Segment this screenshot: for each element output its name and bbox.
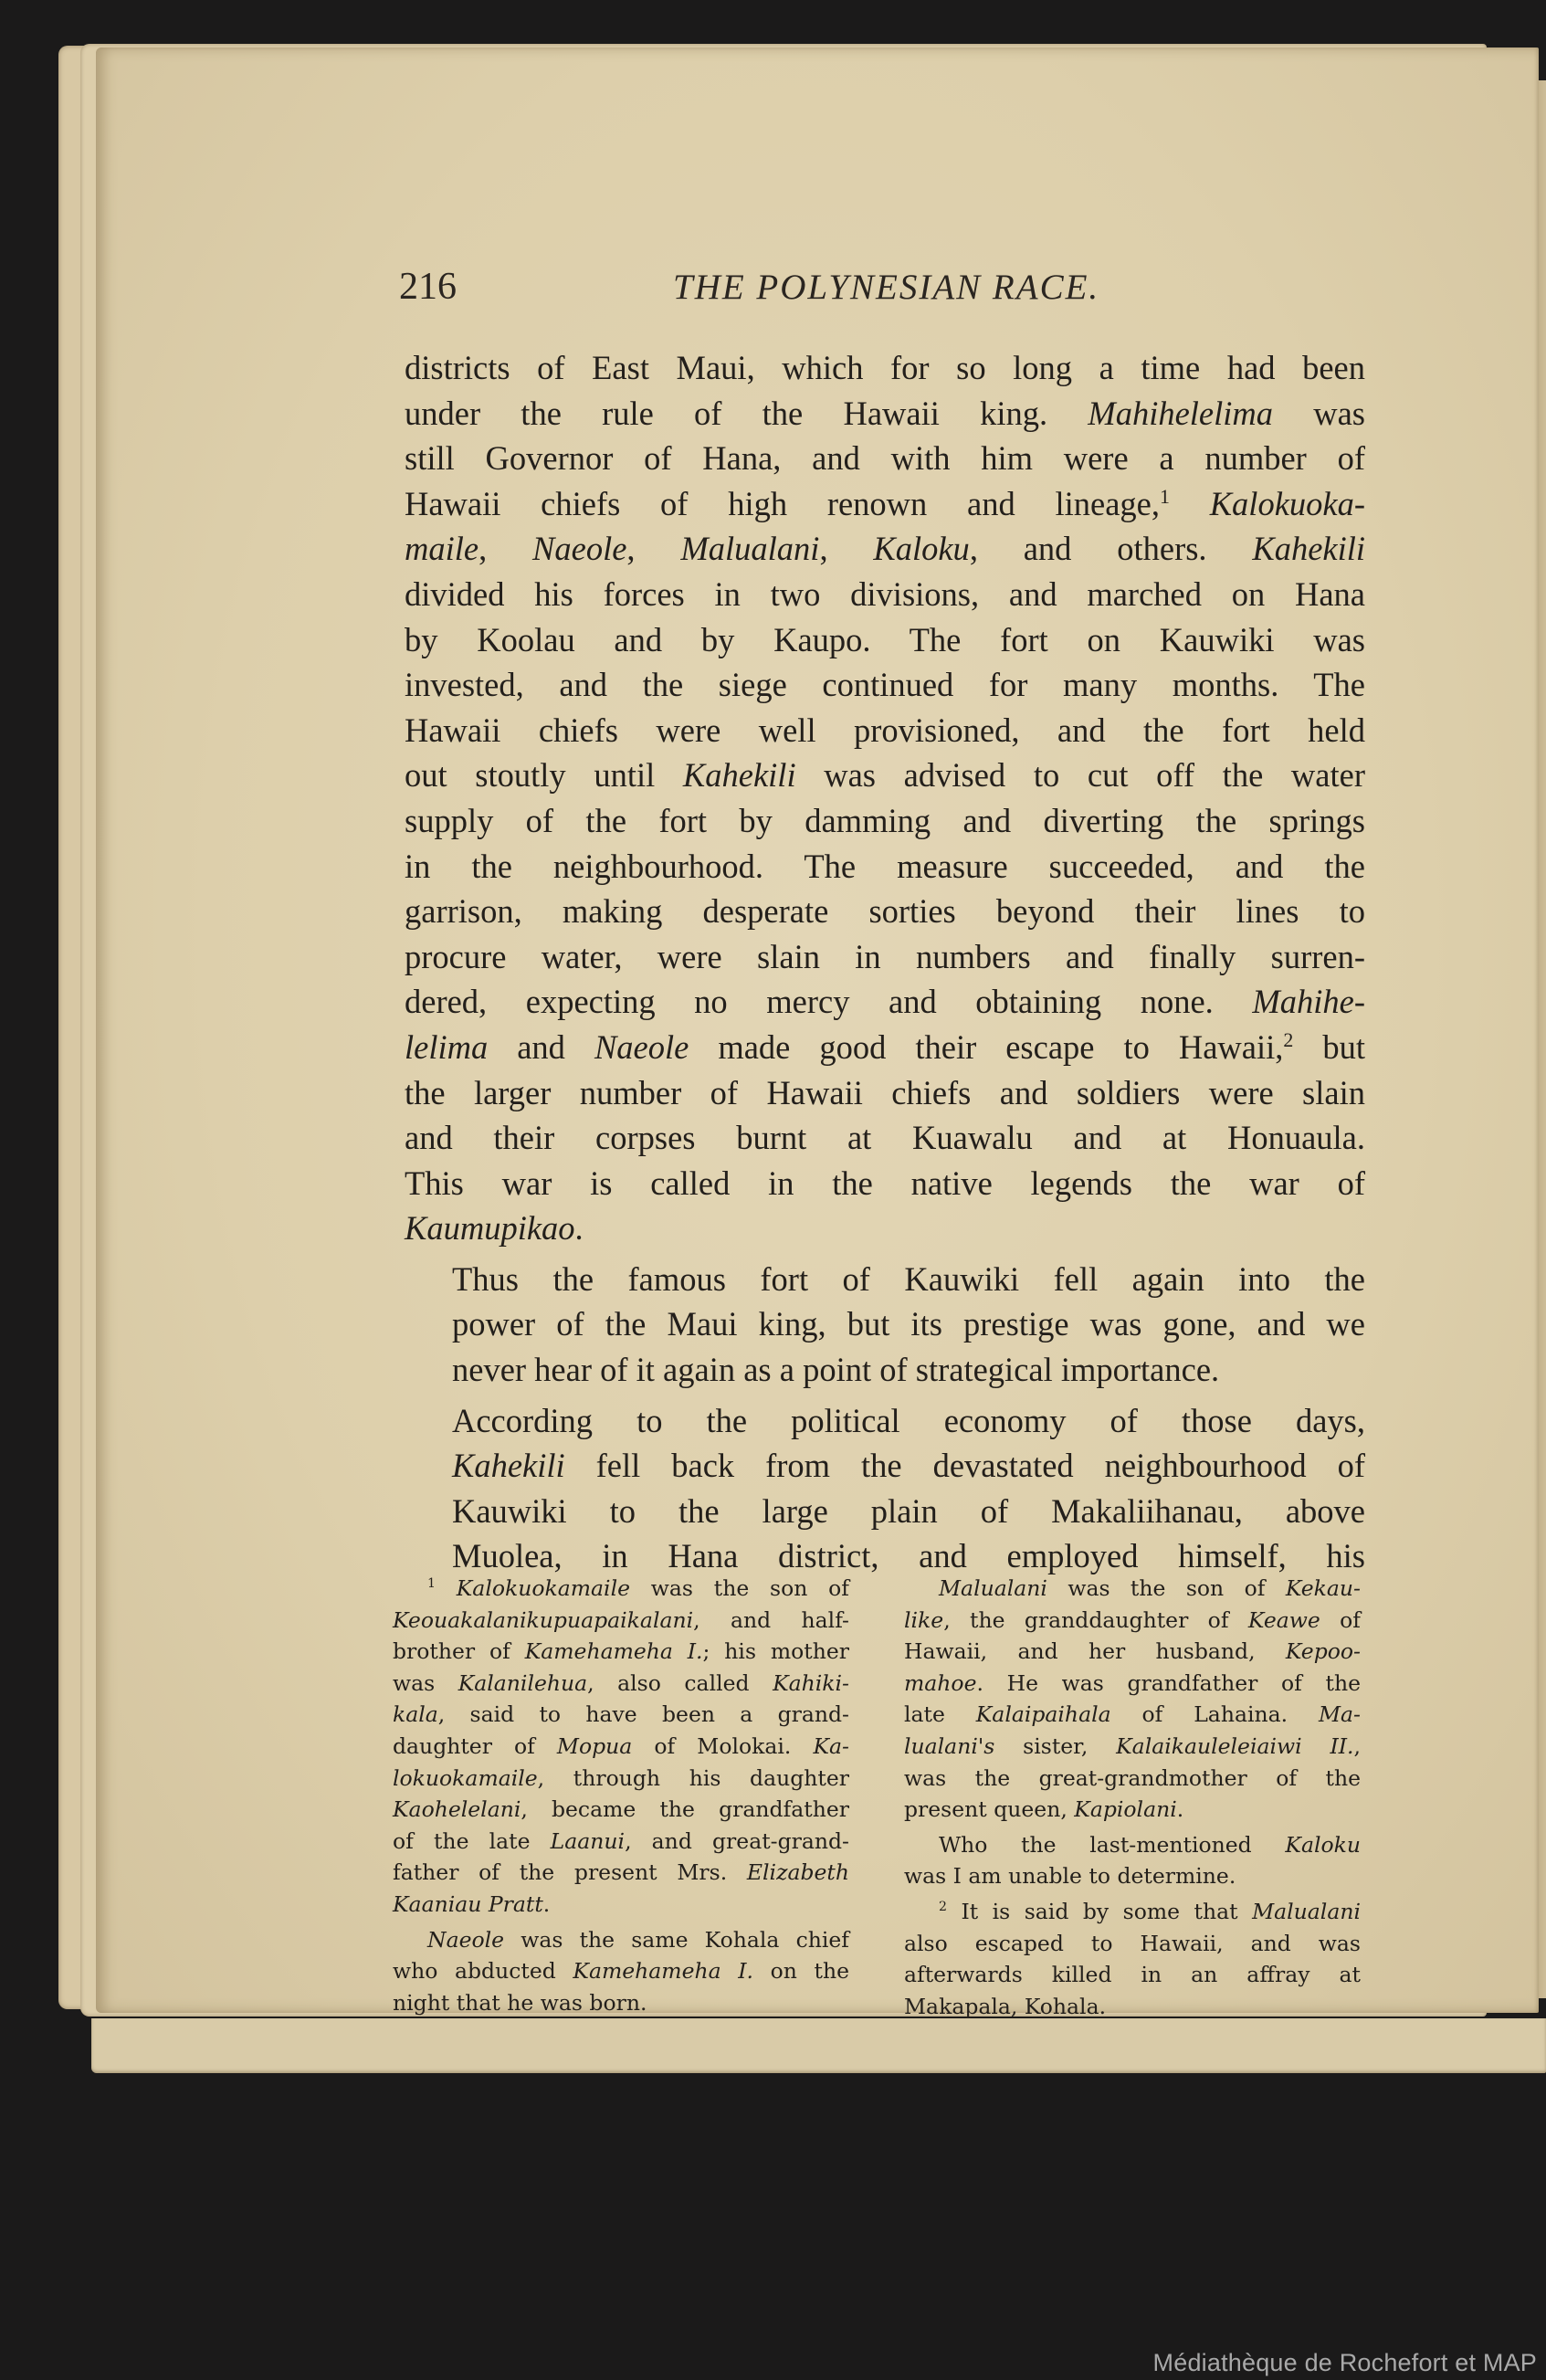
italic-name: Kepoo- <box>1286 1638 1361 1664</box>
italic-name: Mopua <box>557 1733 632 1759</box>
text-line: garrison, making desperate sorties beyon… <box>405 889 1365 934</box>
footnote-line: Keouakalanikupuapaikalani, and half- <box>393 1605 849 1637</box>
footnote-line: lokuokamaile, through his daughter <box>393 1763 849 1795</box>
italic-name: Kaloku <box>1285 1832 1361 1858</box>
footnote-line: night that he was born. <box>393 1987 849 2019</box>
italic-name: Mahihelelima <box>1088 395 1273 432</box>
italic-name: Naeole <box>594 1028 689 1066</box>
footnote-line: Who the last-mentioned Kaloku <box>904 1829 1361 1861</box>
text-line: Kaumupikao. <box>405 1206 1365 1251</box>
main-text: districts of East Maui, which for so lon… <box>405 345 1365 1579</box>
paragraph-1: districts of East Maui, which for so lon… <box>405 345 1365 1251</box>
footnote-line: daughter of Mopua of Molokai. Ka- <box>393 1731 849 1763</box>
text-line: Kahekili fell back from the devastated n… <box>405 1443 1365 1489</box>
italic-name: Keawe <box>1248 1607 1320 1633</box>
italic-name: Kaaniau Pratt <box>393 1891 543 1917</box>
text-line: the larger number of Hawaii chiefs and s… <box>405 1070 1365 1116</box>
footnote-line: Malualani was the son of Kekau- <box>904 1573 1361 1605</box>
italic-name: Naeole <box>427 1927 504 1953</box>
italic-name: Kahekili <box>1252 530 1365 567</box>
italic-name: Ma- <box>1319 1701 1361 1727</box>
running-head: THE POLYNESIAN RACE. <box>673 267 1099 308</box>
footnote-line: afterwards killed in an affray at <box>904 1959 1361 1991</box>
text-line: districts of East Maui, which for so lon… <box>405 345 1365 391</box>
italic-name: lualani's <box>904 1733 994 1759</box>
text-line: lelima and Naeole made good their escape… <box>405 1025 1365 1070</box>
library-watermark: Médiathèque de Rochefort et MAP <box>1153 2349 1537 2377</box>
italic-name: Kalokuokamaile <box>457 1575 630 1601</box>
italic-name: Kapiolani <box>1074 1796 1176 1822</box>
footnote-line: was Kalanilehua, also called Kahiki- <box>393 1668 849 1700</box>
italic-name: kala <box>393 1701 438 1727</box>
text-line: Kauwiki to the large plain of Makaliihan… <box>405 1489 1365 1534</box>
text-line: Thus the famous fort of Kauwiki fell aga… <box>405 1257 1365 1302</box>
italic-name: Kahiki- <box>773 1670 849 1696</box>
footnote-line: 2 It is said by some that Malualani <box>904 1896 1361 1928</box>
footnote-line: late Kalaipaihala of Lahaina. Ma- <box>904 1699 1361 1731</box>
footnote-line: present queen, Kapiolani. <box>904 1794 1361 1826</box>
italic-name: maile <box>405 530 479 567</box>
page-bottom-edge <box>91 2018 1546 2073</box>
italic-name: Kahekili <box>452 1447 565 1484</box>
italic-name: Laanui <box>551 1828 625 1854</box>
footnote-line: also escaped to Hawaii, and was <box>904 1928 1361 1960</box>
text-line: divided his forces in two divisions, and… <box>405 572 1365 617</box>
italic-name: Kalaikauleleiaiwi II. <box>1116 1733 1353 1759</box>
italic-name: Kamehameha I. <box>573 1958 753 1984</box>
footnote-marker: 2 <box>939 1900 947 1914</box>
text-line: invested, and the siege continued for ma… <box>405 662 1365 708</box>
footnotes: 1 Kalokuokamaile was the son ofKeouakala… <box>393 1573 1361 2022</box>
italic-name: Kaumupikao <box>405 1209 575 1247</box>
italic-name: Kekau- <box>1286 1575 1361 1601</box>
text-line: under the rule of the Hawaii king. Mahih… <box>405 391 1365 437</box>
footnote-line: 1 Kalokuokamaile was the son of <box>393 1573 849 1605</box>
footnote-line: brother of Kamehameha I.; his mother <box>393 1636 849 1668</box>
text-line: still Governor of Hana, and with him wer… <box>405 436 1365 481</box>
footnote-line: mahoe. He was grandfather of the <box>904 1668 1361 1700</box>
footnote-column-left: 1 Kalokuokamaile was the son ofKeouakala… <box>393 1573 849 2022</box>
text-line: According to the political economy of th… <box>405 1398 1365 1444</box>
footnote-marker: 2 <box>1283 1028 1293 1051</box>
footnote-line: Naeole was the same Kohala chief <box>393 1924 849 1956</box>
italic-name: Kaloku <box>873 530 969 567</box>
footnote-line: Makapala, Kohala. <box>904 1991 1361 2023</box>
footnote-line: who abducted Kamehameha I. on the <box>393 1955 849 1987</box>
text-line: Hawaii chiefs of high renown and lineage… <box>405 481 1365 527</box>
text-line: supply of the fort by damming and divert… <box>405 798 1365 844</box>
page-header: 216 THE POLYNESIAN RACE. <box>399 265 1358 320</box>
text-line: Hawaii chiefs were well provisioned, and… <box>405 708 1365 753</box>
italic-name: Malualani <box>939 1575 1047 1601</box>
italic-name: mahoe <box>904 1670 977 1696</box>
footnote-line: Kaaniau Pratt. <box>393 1889 849 1921</box>
paragraph-2: Thus the famous fort of Kauwiki fell aga… <box>405 1257 1365 1393</box>
footnote-line: Hawaii, and her husband, Kepoo- <box>904 1636 1361 1668</box>
italic-name: Ka- <box>813 1733 849 1759</box>
text-line: This war is called in the native legends… <box>405 1161 1365 1206</box>
text-line: power of the Maui king, but its prestige… <box>405 1301 1365 1347</box>
footnote-line: was the great-grandmother of the <box>904 1763 1361 1795</box>
text-line: out stoutly until Kahekili was advised t… <box>405 753 1365 798</box>
text-line: in the neighbourhood. The measure succee… <box>405 844 1365 890</box>
text-line: procure water, were slain in numbers and… <box>405 934 1365 980</box>
italic-name: Elizabeth <box>747 1859 849 1885</box>
text-line: dered, expecting no mercy and obtaining … <box>405 979 1365 1025</box>
footnote-line: father of the present Mrs. Elizabeth <box>393 1857 849 1889</box>
italic-name: Mahihe- <box>1252 983 1365 1020</box>
italic-name: Kahekili <box>683 756 796 794</box>
page-number: 216 <box>399 265 457 309</box>
text-line: and their corpses burnt at Kuawalu and a… <box>405 1115 1365 1161</box>
paragraph-3: According to the political economy of th… <box>405 1398 1365 1579</box>
italic-name: like <box>904 1607 943 1633</box>
text-line: never hear of it again as a point of str… <box>405 1347 1365 1393</box>
text-line: by Koolau and by Kaupo. The fort on Kauw… <box>405 617 1365 663</box>
italic-name: Kalanilehua <box>458 1670 587 1696</box>
footnote-line: of the late Laanui, and great-grand- <box>393 1826 849 1858</box>
italic-name: Keouakalanikupuapaikalani <box>393 1607 693 1633</box>
italic-name: lokuokamaile <box>393 1765 538 1791</box>
footnote-line: lualani's sister, Kalaikauleleiaiwi II., <box>904 1731 1361 1763</box>
italic-name: Malualani <box>680 530 819 567</box>
italic-name: Kaohelelani <box>393 1796 521 1822</box>
footnote-line: kala, said to have been a grand- <box>393 1699 849 1731</box>
footnote-line: was I am unable to determine. <box>904 1860 1361 1892</box>
italic-name: Kamehameha I. <box>525 1638 703 1664</box>
italic-name: Naeole <box>532 530 626 567</box>
footnote-marker: 1 <box>427 1576 436 1591</box>
footnote-marker: 1 <box>1160 485 1170 508</box>
italic-name: Malualani <box>1252 1899 1361 1924</box>
footnote-column-right: Malualani was the son of Kekau-like, the… <box>904 1573 1361 2022</box>
text-line: maile, Naeole, Malualani, Kaloku, and ot… <box>405 526 1365 572</box>
italic-name: lelima <box>405 1028 488 1066</box>
italic-name: Kalokuoka- <box>1210 485 1365 522</box>
footnote-line: like, the granddaughter of Keawe of <box>904 1605 1361 1637</box>
footnote-line: Kaohelelani, became the grandfather <box>393 1794 849 1826</box>
italic-name: Kalaipaihala <box>976 1701 1111 1727</box>
